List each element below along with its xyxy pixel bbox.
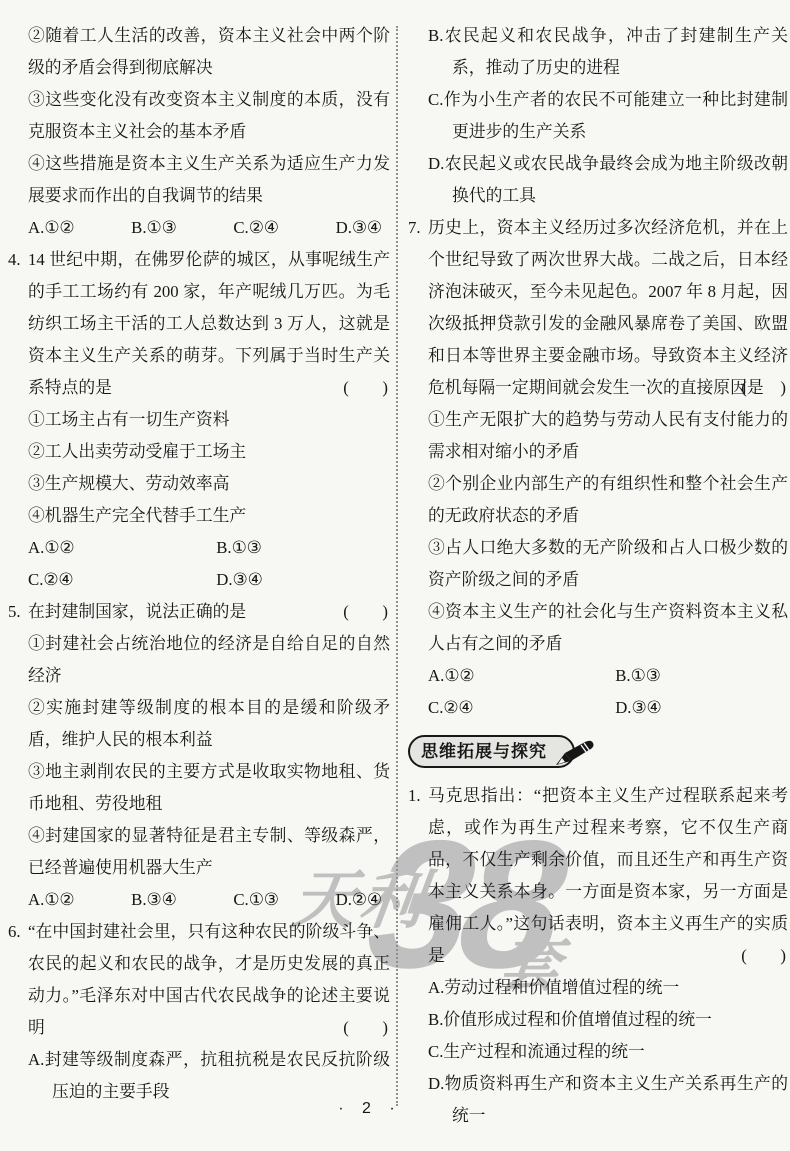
statement: ①生产无限扩大的趋势与劳动人民有支付能力的需求相对缩小的矛盾 bbox=[428, 404, 788, 468]
option-d: D.②④ bbox=[336, 884, 382, 916]
question-number: 6. bbox=[8, 916, 21, 948]
answer-bracket: ( ) bbox=[741, 372, 786, 404]
option-c: C.①③ bbox=[233, 884, 278, 916]
statement: ③占人口绝大多数的无产阶级和占人口极少数的资产阶级之间的矛盾 bbox=[428, 532, 788, 596]
section-header-bubble: 思维拓展与探究 bbox=[408, 735, 575, 768]
question-7: 7. 历史上，资本主义经历过多次经济危机，并在上个世纪导致了两次世界大战。二战之… bbox=[408, 212, 788, 724]
option-a: A.①② bbox=[28, 212, 74, 244]
options-row: A.①② B.①③ bbox=[428, 660, 788, 692]
section-title: 思维拓展与探究 bbox=[421, 742, 547, 761]
pencil-icon bbox=[553, 739, 595, 769]
question-stem: “在中国封建社会里，只有这种农民的阶级斗争、农民的起义和农民的战争，才是历史发展… bbox=[28, 916, 390, 1044]
question-stem: 在封建制国家，说法正确的是 ( ) bbox=[28, 596, 390, 628]
option-b: B.①③ bbox=[131, 212, 176, 244]
answer-bracket: ( ) bbox=[343, 1012, 388, 1044]
option-a: A.①② bbox=[428, 660, 615, 692]
option-d: D.③④ bbox=[336, 212, 382, 244]
question-1: 1. 马克思指出：“把资本主义生产过程联系起来考虑，或作为再生产过程来考察，它不… bbox=[408, 780, 788, 1132]
statement: ③生产规模大、劳动效率高 bbox=[28, 468, 390, 500]
options-row: A.①② B.①③ C.②④ D.③④ bbox=[28, 212, 390, 244]
option-d: D.③④ bbox=[216, 564, 390, 596]
statement: ①工场主占有一切生产资料 bbox=[28, 404, 390, 436]
question-stem: 马克思指出：“把资本主义生产过程联系起来考虑，或作为再生产过程来考察，它不仅生产… bbox=[428, 780, 788, 972]
option-c: C.作为小生产者的农民不可能建立一种比封建制更进步的生产关系 bbox=[428, 84, 788, 148]
statement: ④这些措施是资本主义生产关系为适应生产力发展要求而作出的自我调节的结果 bbox=[28, 148, 390, 212]
statement: ④机器生产完全代替手工生产 bbox=[28, 500, 390, 532]
stem-text: “在中国封建社会里，只有这种农民的阶级斗争、农民的起义和农民的战争，才是历史发展… bbox=[28, 922, 390, 1037]
question-6-options-continued: B.农民起义和农民战争，冲击了封建制生产关系，推动了历史的进程 C.作为小生产者… bbox=[408, 20, 788, 212]
option-b: B.①③ bbox=[615, 660, 788, 692]
option-d: D.物质资料再生产和资本主义生产关系再生产的统一 bbox=[428, 1068, 788, 1132]
question-number: 7. bbox=[408, 212, 421, 244]
statement: ②个别企业内部生产的有组织性和整个社会生产的无政府状态的矛盾 bbox=[428, 468, 788, 532]
answer-bracket: ( ) bbox=[741, 940, 786, 972]
option-a: A.劳动过程和价值增值过程的统一 bbox=[428, 972, 788, 1004]
answer-bracket: ( ) bbox=[343, 596, 388, 628]
page-number: · 2 · bbox=[305, 1100, 435, 1118]
statement: ①封建社会占统治地位的经济是自给自足的自然经济 bbox=[28, 628, 390, 692]
question-number: 4. bbox=[8, 244, 21, 276]
stem-text: 历史上，资本主义经历过多次经济危机，并在上个世纪导致了两次世界大战。二战之后，日… bbox=[428, 218, 788, 397]
section-header: 思维拓展与探究 bbox=[408, 735, 788, 771]
option-b: B.农民起义和农民战争，冲击了封建制生产关系，推动了历史的进程 bbox=[428, 20, 788, 84]
stem-text: 在封建制国家，说法正确的是 bbox=[28, 602, 246, 621]
statement: ②实施封建等级制度的根本目的是缓和阶级矛盾，维护人民的根本利益 bbox=[28, 692, 390, 756]
option-a: A.①② bbox=[28, 532, 216, 564]
option-b: B.①③ bbox=[216, 532, 390, 564]
statement: ④封建国家的显著特征是君主专制、等级森严，已经普遍使用机器大生产 bbox=[28, 820, 390, 884]
option-c: C.②④ bbox=[233, 212, 278, 244]
statement: ③这些变化没有改变资本主义制度的本质，没有克服资本主义社会的基本矛盾 bbox=[28, 84, 390, 148]
question-3-continuation: ②随着工人生活的改善，资本主义社会中两个阶级的矛盾会得到彻底解决 ③这些变化没有… bbox=[8, 20, 390, 244]
options-row: C.②④ D.③④ bbox=[428, 692, 788, 724]
statement: ③地主剥削农民的主要方式是收取实物地租、货币地租、劳役地租 bbox=[28, 756, 390, 820]
options-row: A.①② B.③④ C.①③ D.②④ bbox=[28, 884, 390, 916]
option-a: A.封建等级制度森严，抗租抗税是农民反抗阶级压迫的主要手段 bbox=[28, 1044, 390, 1108]
question-number: 1. bbox=[408, 780, 421, 812]
option-c: C.生产过程和流通过程的统一 bbox=[428, 1036, 788, 1068]
workbook-page: 天利 38 套 ②随着工人生活的改善，资本主义社会中两个阶级的矛盾会得到彻底解决… bbox=[0, 0, 790, 1151]
statement: ②工人出卖劳动受雇于工场主 bbox=[28, 436, 390, 468]
option-a: A.①② bbox=[28, 884, 74, 916]
question-4: 4. 14 世纪中期，在佛罗伦萨的城区，从事呢绒生产的手工工场约有 200 家，… bbox=[8, 244, 390, 596]
answer-bracket: ( ) bbox=[343, 372, 388, 404]
question-number: 5. bbox=[8, 596, 21, 628]
question-stem: 14 世纪中期，在佛罗伦萨的城区，从事呢绒生产的手工工场约有 200 家，年产呢… bbox=[28, 244, 390, 404]
statement: ④资本主义生产的社会化与生产资料资本主义私人占有之间的矛盾 bbox=[428, 596, 788, 660]
option-b: B.③④ bbox=[131, 884, 176, 916]
left-column: ②随着工人生活的改善，资本主义社会中两个阶级的矛盾会得到彻底解决 ③这些变化没有… bbox=[8, 20, 390, 1108]
stem-text: 14 世纪中期，在佛罗伦萨的城区，从事呢绒生产的手工工场约有 200 家，年产呢… bbox=[28, 250, 390, 397]
question-stem: 历史上，资本主义经历过多次经济危机，并在上个世纪导致了两次世界大战。二战之后，日… bbox=[428, 212, 788, 404]
question-6: 6. “在中国封建社会里，只有这种农民的阶级斗争、农民的起义和农民的战争，才是历… bbox=[8, 916, 390, 1108]
statement: ②随着工人生活的改善，资本主义社会中两个阶级的矛盾会得到彻底解决 bbox=[28, 20, 390, 84]
option-c: C.②④ bbox=[428, 692, 615, 724]
stem-text: 马克思指出：“把资本主义生产过程联系起来考虑，或作为再生产过程来考察，它不仅生产… bbox=[428, 786, 788, 965]
option-d: D.农民起义或农民战争最终会成为地主阶级改朝换代的工具 bbox=[428, 148, 788, 212]
option-b: B.价值形成过程和价值增值过程的统一 bbox=[428, 1004, 788, 1036]
right-column: B.农民起义和农民战争，冲击了封建制生产关系，推动了历史的进程 C.作为小生产者… bbox=[408, 20, 788, 1132]
option-d: D.③④ bbox=[615, 692, 788, 724]
options-row: A.①② B.①③ bbox=[28, 532, 390, 564]
options-row: C.②④ D.③④ bbox=[28, 564, 390, 596]
question-5: 5. 在封建制国家，说法正确的是 ( ) ①封建社会占统治地位的经济是自给自足的… bbox=[8, 596, 390, 916]
column-divider bbox=[396, 26, 398, 1106]
option-c: C.②④ bbox=[28, 564, 216, 596]
